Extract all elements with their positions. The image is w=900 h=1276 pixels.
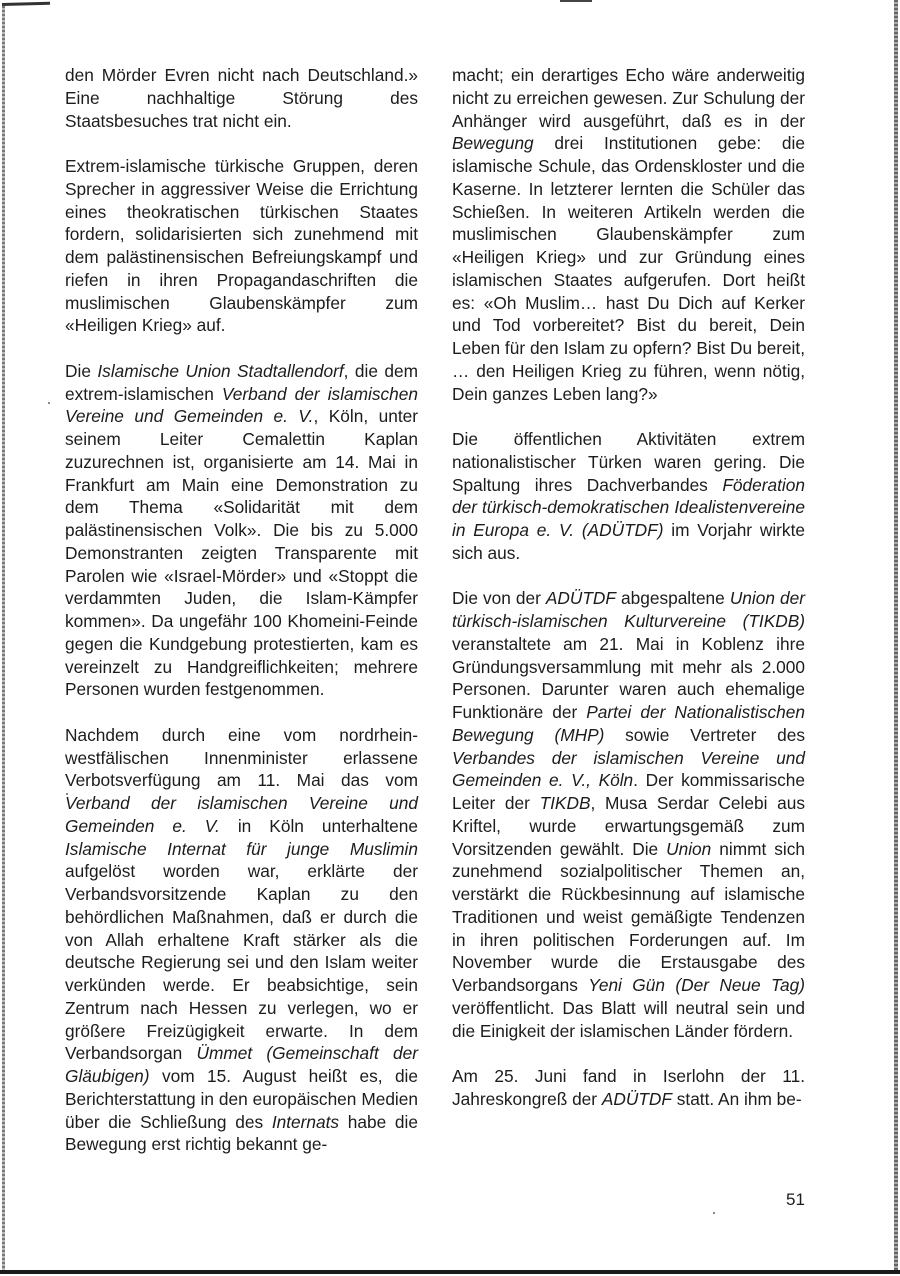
text-run: statt. An ihm be- [672,1089,802,1109]
text-run: macht; ein derartiges Echo wäre anderwei… [452,65,805,131]
text-run: in Köln unterhaltene [220,816,418,836]
page-edge-top-mark [560,0,592,2]
paragraph: Die von der ADÜTDF abgespaltene Union de… [452,587,805,1042]
text-run: abgespaltene [616,588,730,608]
text-run: veröffentlicht. Das Blatt will neutral s… [452,998,805,1041]
scan-speck [48,402,50,404]
paragraph: Die öffentlichen Aktivitäten extrem nati… [452,428,805,565]
italic-text-run: ADÜTDF [602,1089,672,1109]
text-run: sowie Vertreter des [604,725,805,745]
scanned-page: den Mörder Evren nicht nach Deutschland.… [0,0,900,1276]
page-edge-right [894,0,898,1272]
page-edge-bottom [0,1270,900,1274]
paragraph: Die Islamische Union Stadtallendorf, die… [65,360,418,701]
text-run: , Köln, unter seinem Leiter Cemalettin K… [65,406,418,699]
text-run: drei Institutionen gebe: die islamische … [452,133,805,403]
text-run: nimmt sich zunehmend sozialpolitischer T… [452,839,805,996]
page-edge-top-left [2,2,50,6]
text-column-right: macht; ein derartiges Echo wäre anderwei… [452,64,805,1133]
paragraph: Am 25. Juni fand in Iserlohn der 11. Jah… [452,1065,805,1111]
italic-text-run: Islamische Union Stadtallendorf [97,361,343,381]
scan-speck [66,793,68,795]
text-run: Nachdem durch eine vom nordrhein-westfäl… [65,725,418,791]
paragraph: macht; ein derartiges Echo wäre anderwei… [452,64,805,405]
italic-text-run: Internats [272,1112,339,1132]
paragraph: den Mörder Evren nicht nach Deutschland.… [65,64,418,132]
italic-text-run: Yeni Gün (Der Neue Tag) [588,975,805,995]
paragraph: Nachdem durch eine vom nordrhein-westfäl… [65,724,418,1156]
text-run: aufgelöst worden war, erklärte der Verba… [65,861,418,1063]
italic-text-run: TIKDB [540,793,591,813]
text-run: Die von der [452,588,546,608]
italic-text-run: Islamische Internat für junge Muslimin [65,839,418,859]
text-run: Extrem-islamische türkische Gruppen, der… [65,156,418,335]
italic-text-run: ADÜTDF [546,588,616,608]
page-edge-left [2,6,5,1272]
italic-text-run: Bewegung [452,133,534,153]
scan-speck [713,1212,715,1214]
italic-text-run: Union [666,839,711,859]
text-run: den Mörder Evren nicht nach Deutschland.… [65,65,418,131]
text-column-left: den Mörder Evren nicht nach Deutschland.… [65,64,418,1179]
page-number: 51 [786,1190,805,1210]
paragraph: Extrem-islamische türkische Gruppen, der… [65,155,418,337]
text-run: Die [65,361,97,381]
